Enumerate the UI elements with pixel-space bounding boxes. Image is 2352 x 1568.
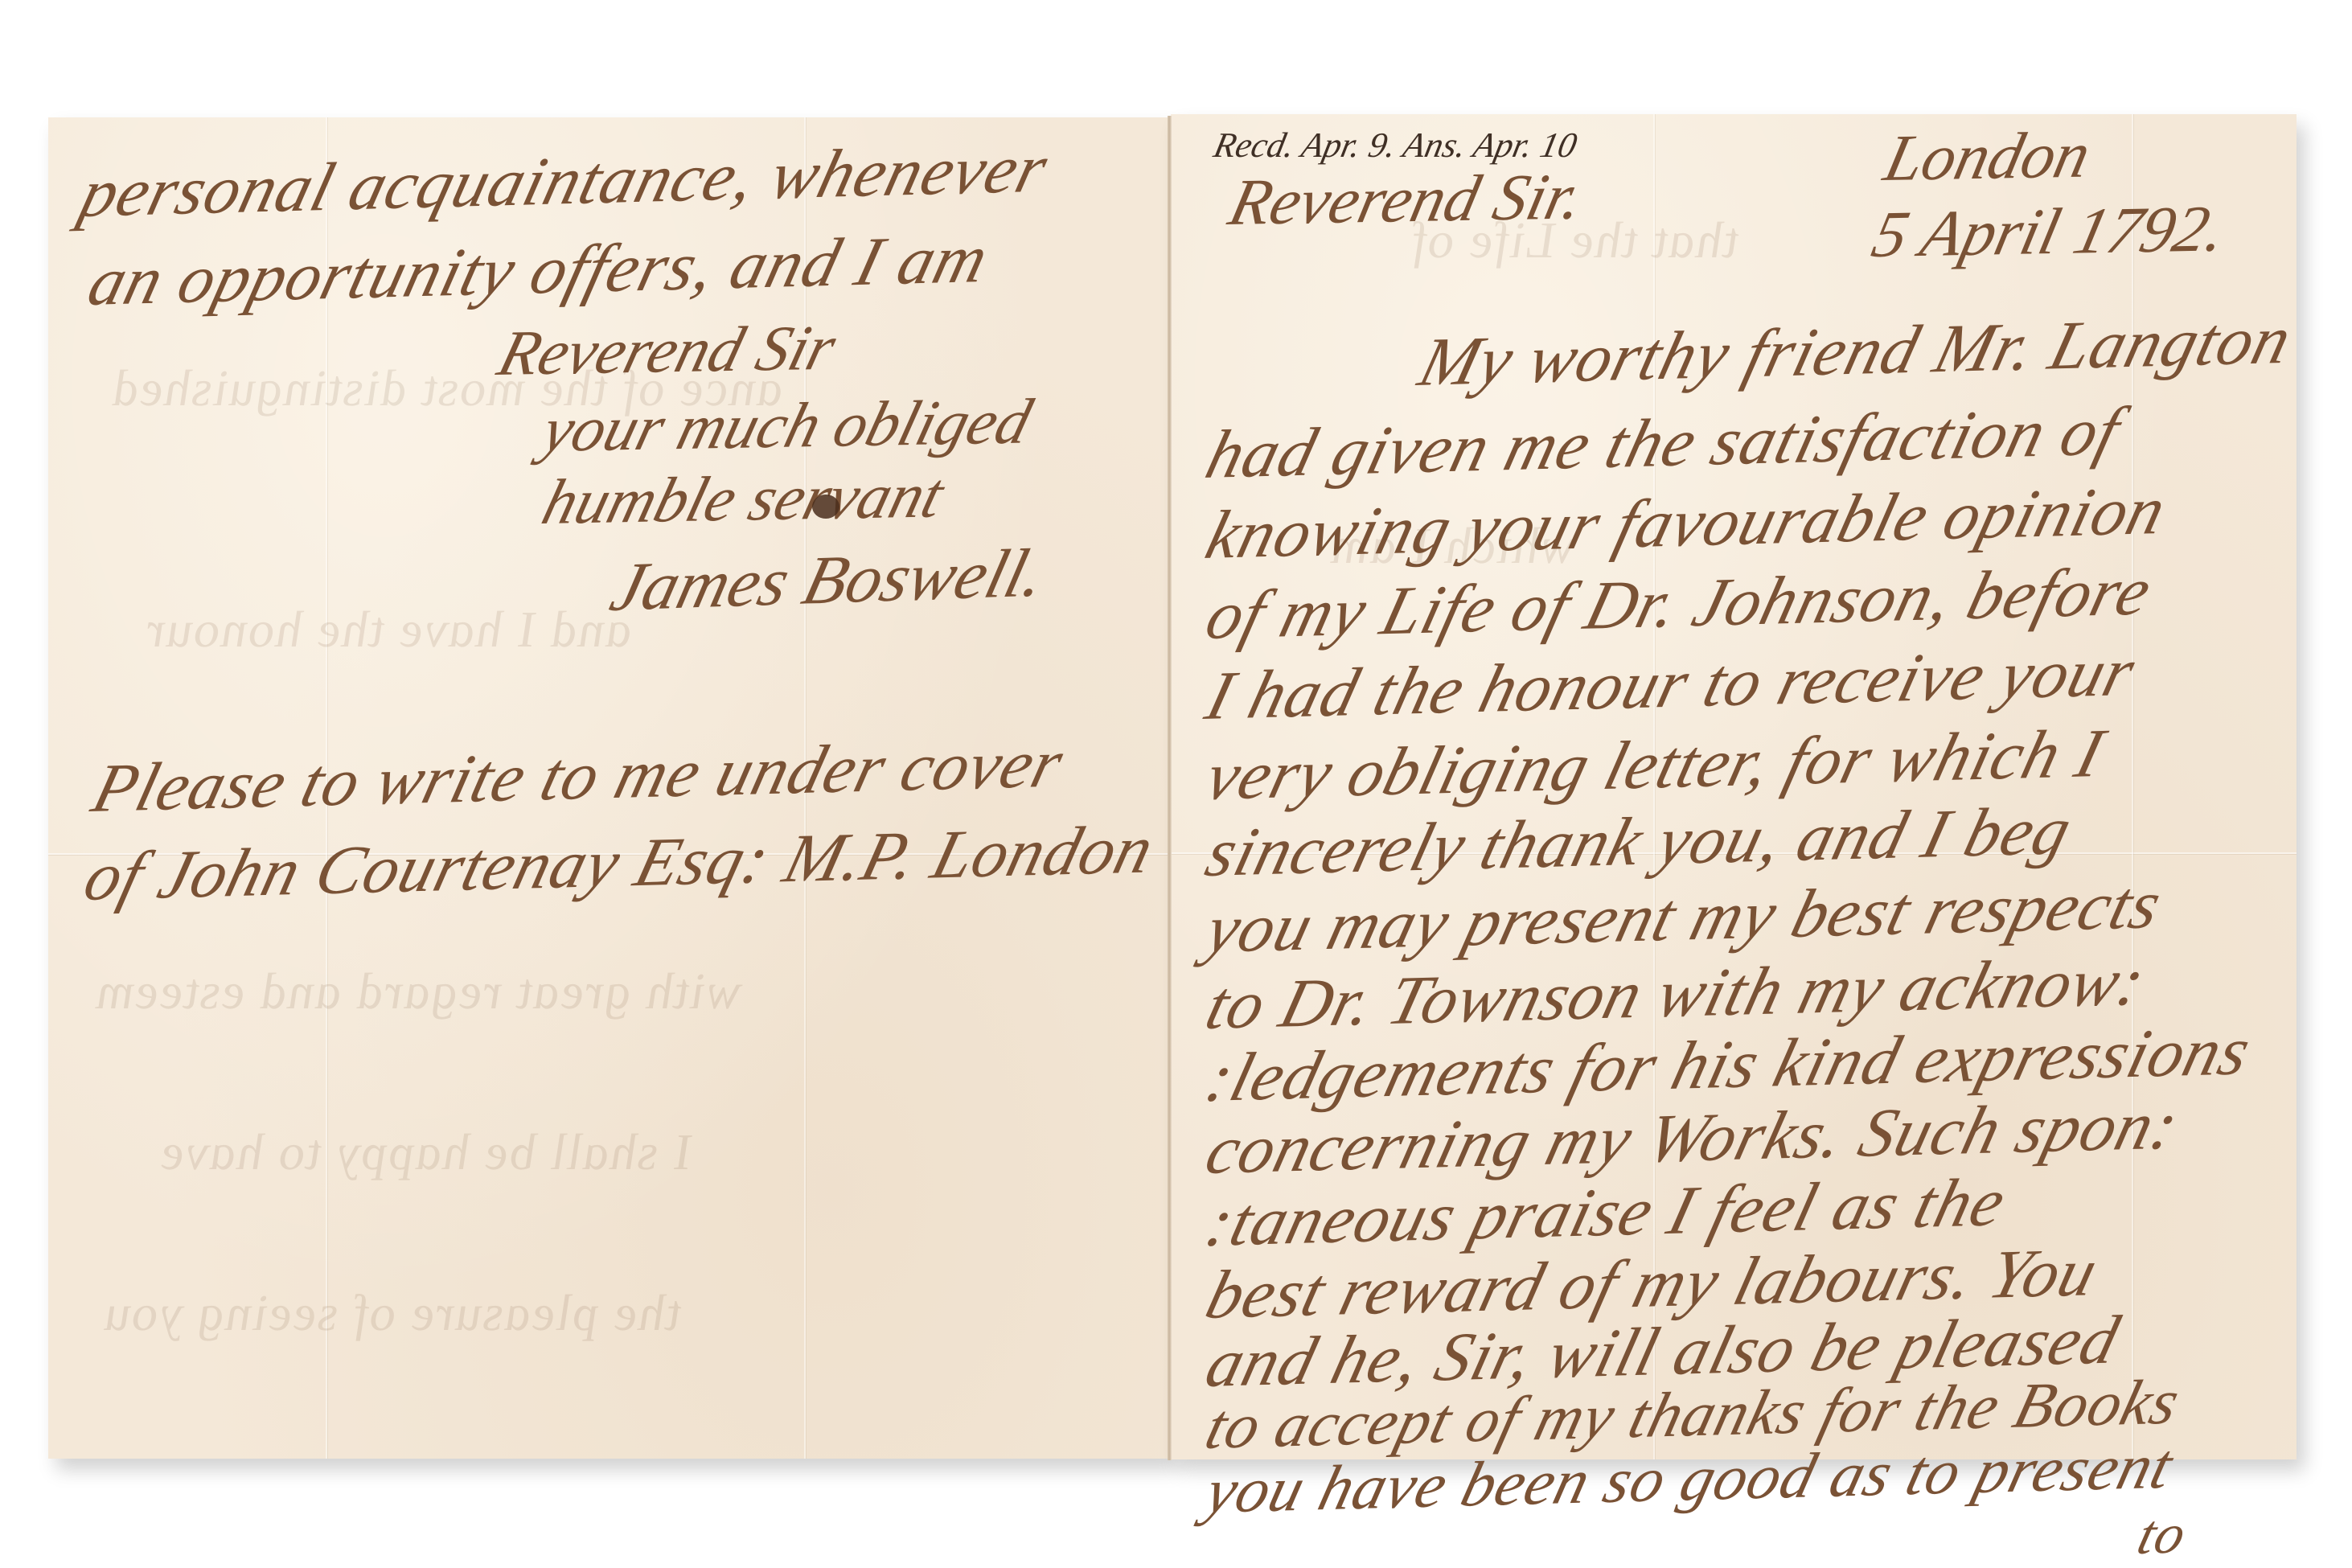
show-through-text: the pleasure of seeing you: [95, 1283, 692, 1343]
closing-line: your much obliged: [535, 386, 1039, 467]
date: 5 April 1792.: [1866, 191, 2233, 273]
show-through-text: with great regard and esteem: [87, 962, 752, 1021]
show-through-text: and I have the honour: [135, 600, 642, 659]
closing-line: humble servant: [535, 459, 951, 540]
catchword: to: [2131, 1503, 2194, 1568]
page-spine: [1168, 116, 1172, 1460]
signature: James Boswell.: [603, 532, 1053, 627]
ink-blot: [812, 495, 839, 519]
closing-salutation: Reverend Sir: [491, 312, 844, 391]
salutation: Reverend Sir.: [1222, 158, 1591, 240]
place: London: [1878, 117, 2097, 196]
show-through-text: I shall be happy to have: [151, 1123, 702, 1182]
